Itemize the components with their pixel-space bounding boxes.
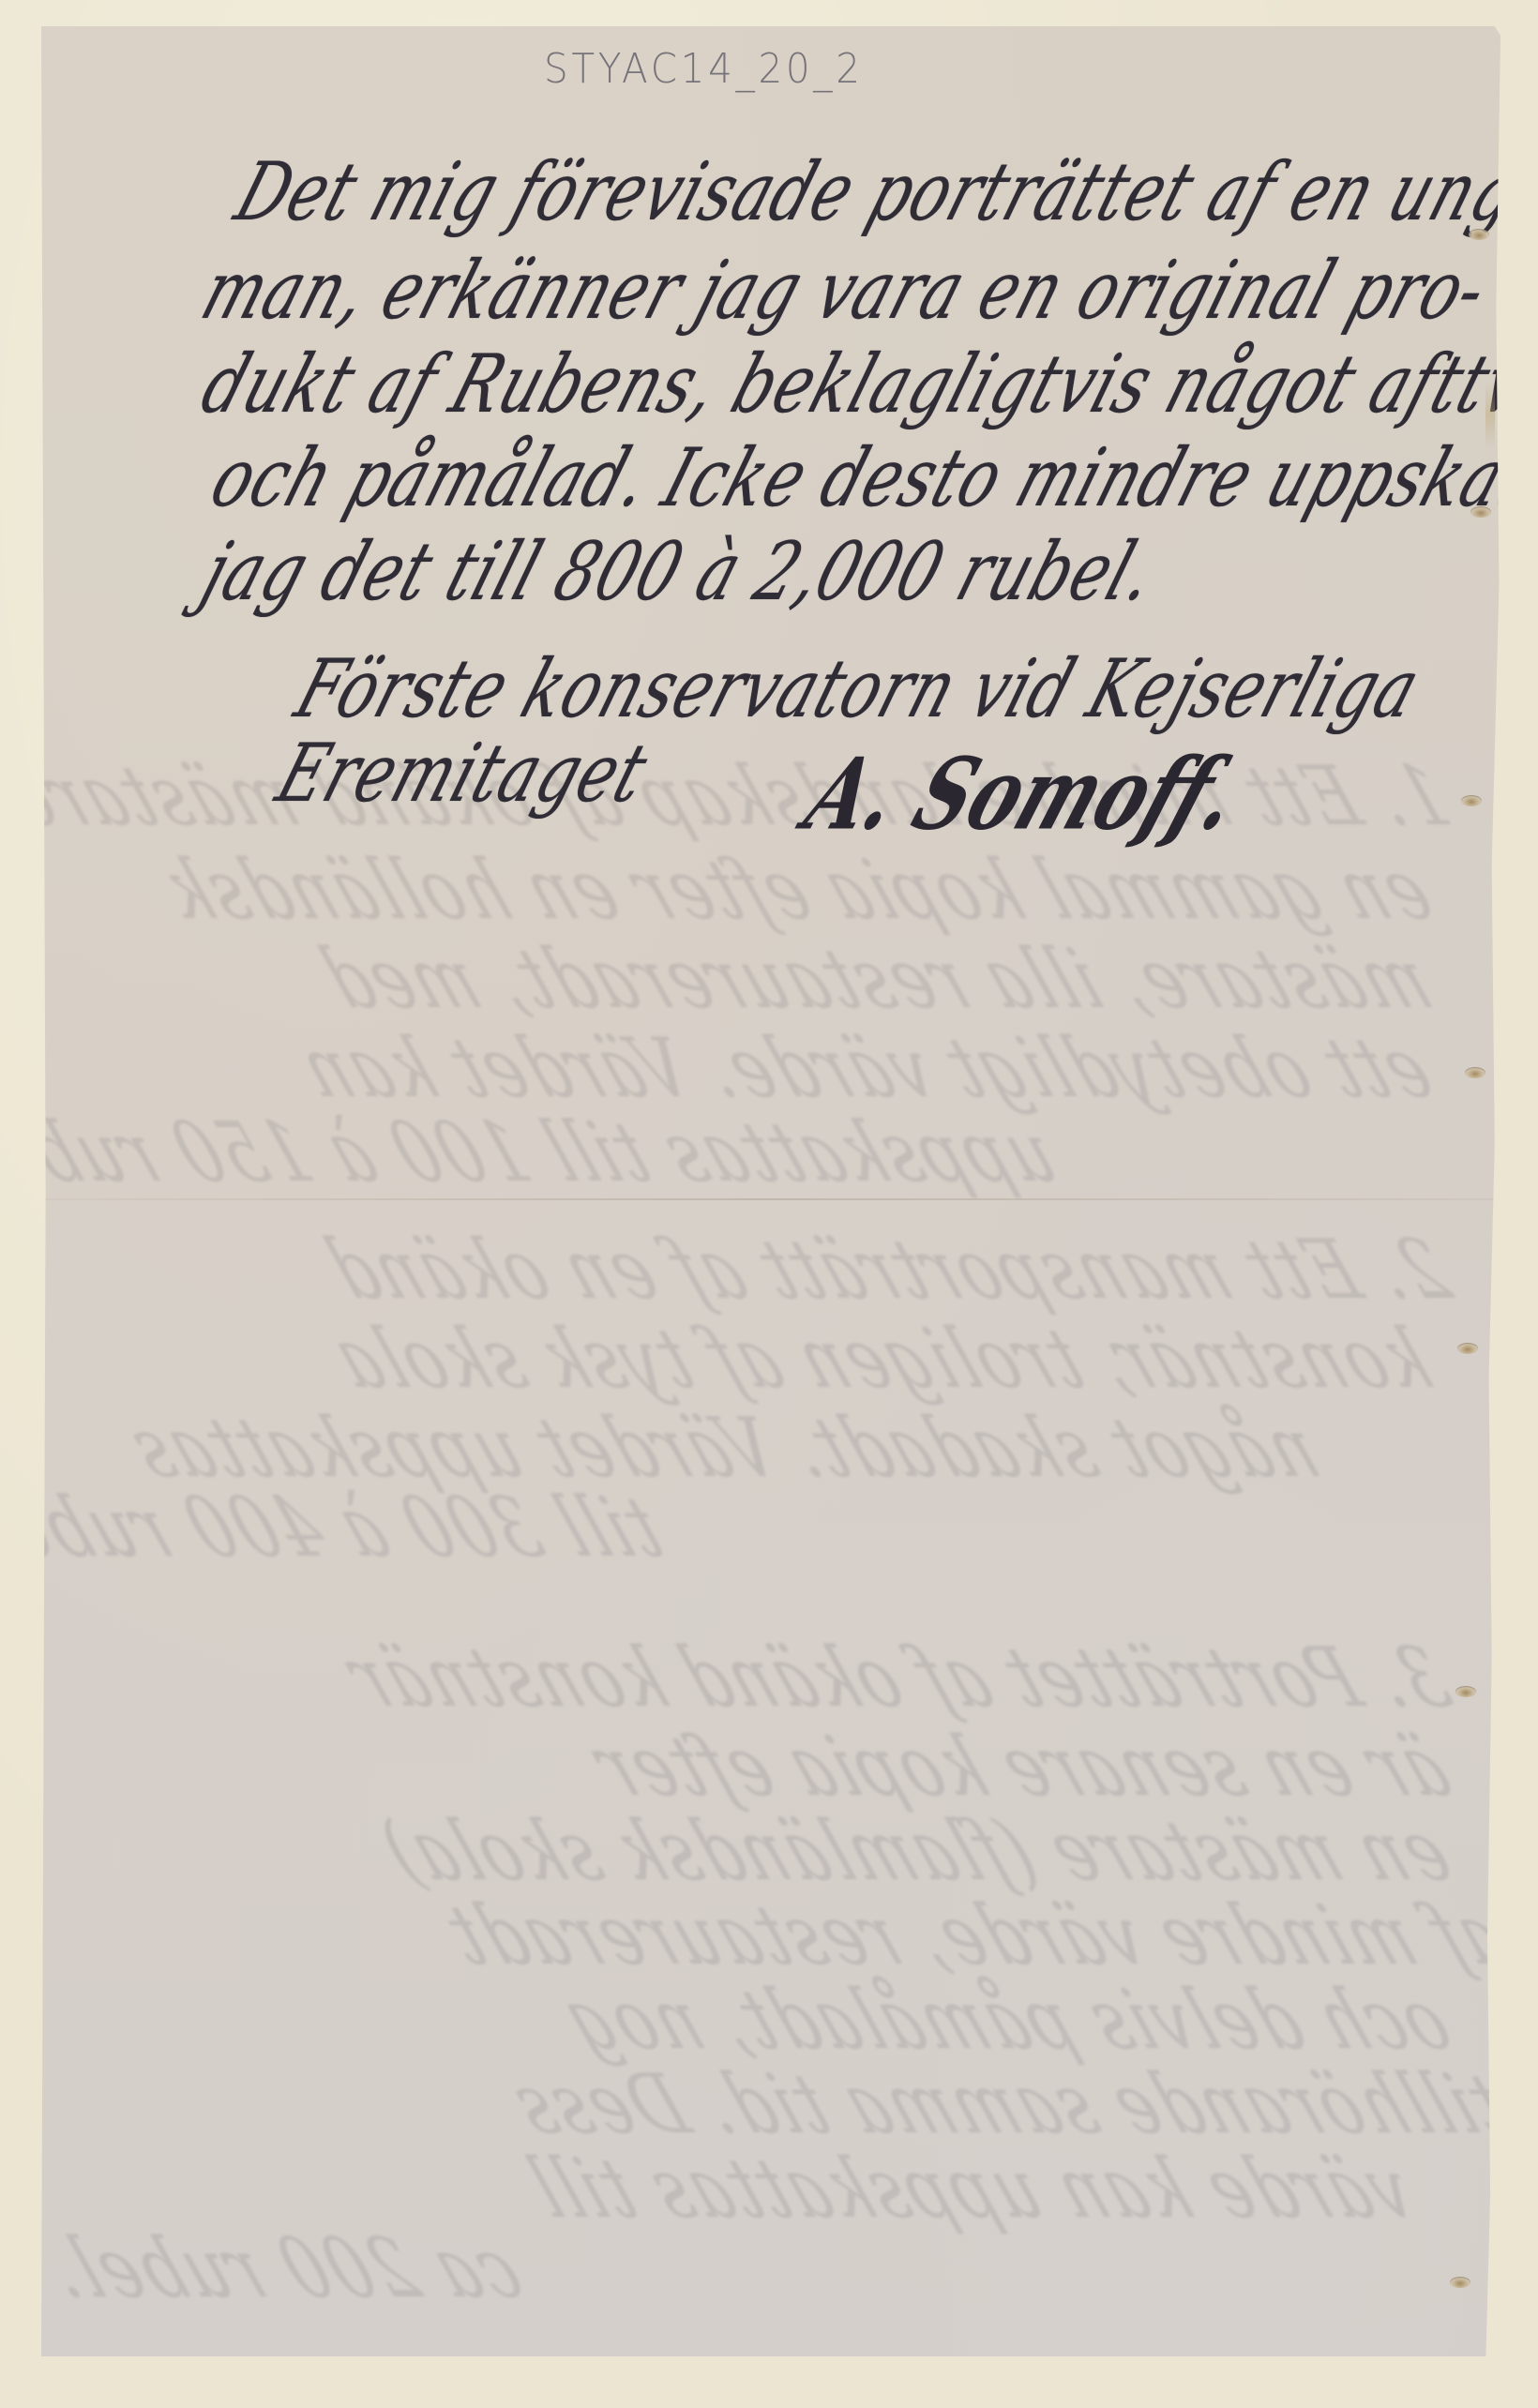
binding-stitch-hole [1450, 2277, 1470, 2288]
signature: A. Somoff. [792, 737, 1255, 852]
binding-stitch-hole [1465, 1067, 1485, 1078]
letter-line-1: Det mig förevisade porträttet af en ung [225, 145, 1530, 239]
binding-stitch-hole [1461, 795, 1482, 806]
binding-stitch-hole [1469, 229, 1489, 240]
letter-line-3: dukt af Rubens, beklagligtvis något aftt… [191, 338, 1538, 431]
letter-line-5: jag det till 800 à 2,000 rubel. [191, 525, 1168, 619]
closing-institution-line: Eremitaget [266, 727, 659, 820]
binding-stitch-hole [1457, 1343, 1478, 1354]
letter-line-2: man, erkänner jag vara en original pro- [191, 244, 1499, 338]
edge-stain [1485, 383, 1495, 448]
handwritten-letter-body: Det mig förevisade porträttet af en ung … [41, 26, 1500, 2356]
closing-title-line: Förste konservatorn vid Kejserliga [285, 642, 1431, 736]
binding-stitch-hole [1470, 506, 1491, 518]
letter-sheet: 1. Ett mindre landskap af okänd mästare … [41, 26, 1500, 2356]
letter-line-4: och påmålad. Icke desto mindre uppskatta… [201, 431, 1538, 525]
binding-stitch-hole [1455, 1686, 1476, 1697]
